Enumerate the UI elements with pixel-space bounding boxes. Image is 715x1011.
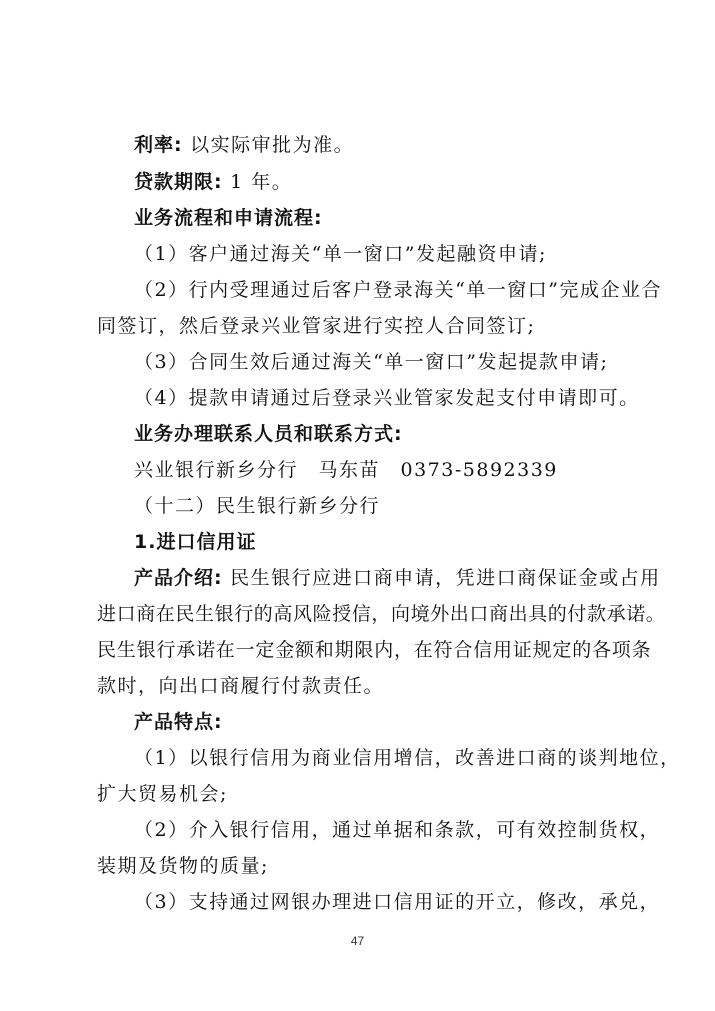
product-intro-text: 民生银行应进口商申请，凭进口商保证金或占用 <box>230 567 661 589</box>
product-intro-line-4: 款时，向出口商履行付款责任。 <box>97 674 384 698</box>
rate-line: 利率: 以实际审批为准。 <box>134 133 354 157</box>
feature-1: （1）以银行信用为商业信用增信，改善进口商的谈判地位， <box>134 746 681 770</box>
process-step-4: （4）提款申请通过后登录兴业管家发起支付申请即可。 <box>134 386 640 410</box>
process-step-2: （2）行内受理通过后客户登录海关“单一窗口”完成企业合 <box>134 278 662 302</box>
loan-term-value: 1 年。 <box>230 171 292 193</box>
product-intro-line-3: 民生银行承诺在一定金额和期限内，在符合信用证规定的各项条 <box>97 638 651 662</box>
process-step-3: （3）合同生效后通过海关“单一窗口”发起提款申请; <box>134 350 608 374</box>
loan-term-label: 贷款期限: <box>134 171 223 193</box>
product-intro-label: 产品介绍: <box>134 567 223 589</box>
rate-value: 以实际审批为准。 <box>190 134 354 156</box>
process-step-1: （1）客户通过海关“单一窗口”发起融资申请; <box>134 242 547 266</box>
product-intro-line-2: 进口商在民生银行的高风险授信，向境外出口商出具的付款承诺。 <box>97 602 665 626</box>
feature-3: （3）支持通过网银办理进口信用证的开立，修改，承兑， <box>134 890 660 914</box>
contact-heading: 业务办理联系人员和联系方式: <box>134 422 403 446</box>
section-heading-minsheng: （十二）民生银行新乡分行 <box>134 494 380 518</box>
features-heading: 产品特点: <box>134 710 223 734</box>
feature-2: （2）介入银行信用，通过单据和条款，可有效控制货权， <box>134 818 660 842</box>
document-page: 利率: 以实际审批为准。 贷款期限: 1 年。 业务流程和申请流程: （1）客户… <box>0 0 715 1011</box>
process-step-2-cont: 同签订，然后登录兴业管家进行实控人合同签订; <box>97 314 535 338</box>
feature-1-cont: 扩大贸易机会; <box>97 782 228 806</box>
rate-label: 利率: <box>134 134 183 156</box>
feature-2-cont: 装期及货物的质量; <box>97 854 269 878</box>
product-intro-line-1: 产品介绍: 民生银行应进口商申请，凭进口商保证金或占用 <box>134 566 661 590</box>
process-heading: 业务流程和申请流程: <box>134 206 323 230</box>
loan-term-line: 贷款期限: 1 年。 <box>134 170 292 194</box>
contact-info: 兴业银行新乡分行 马东苗 0373-5892339 <box>134 458 558 482</box>
subsection-heading-import-lc: 1.进口信用证 <box>134 530 256 554</box>
page-number: 47 <box>0 934 715 948</box>
